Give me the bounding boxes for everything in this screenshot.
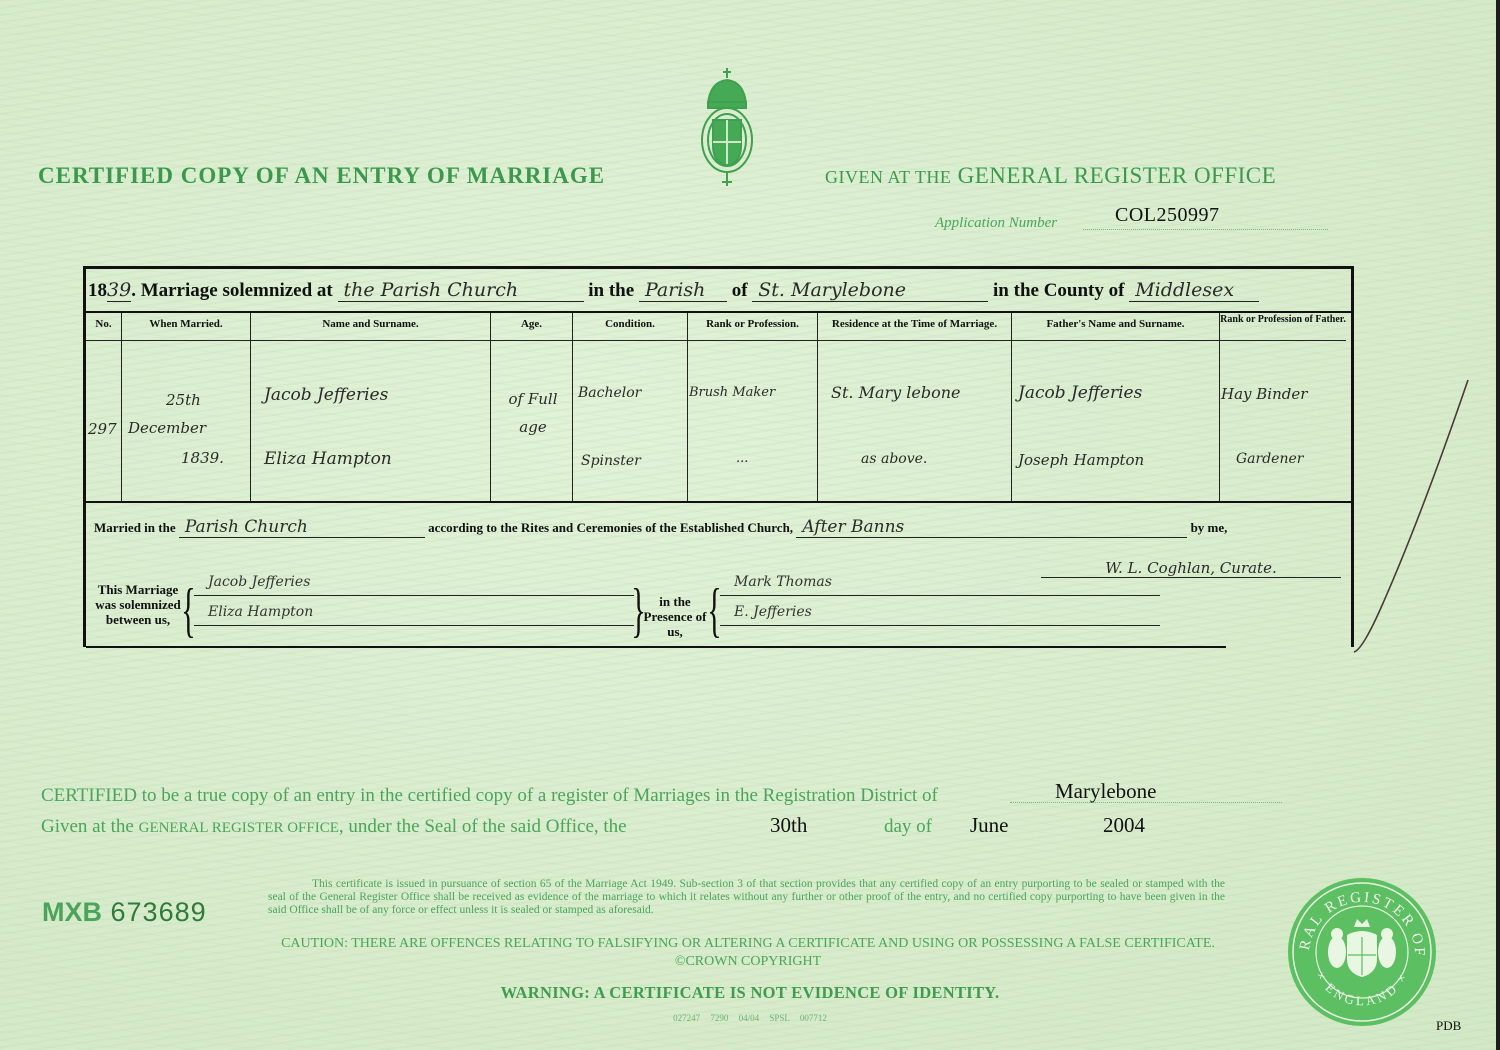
column-father-profession: Rank or Profession of Father.: [1220, 313, 1346, 503]
column-header: Father's Name and Surname.: [1012, 313, 1219, 341]
column-name: Name and Surname.: [251, 313, 491, 503]
column-residence: Residence at the Time of Marriage.: [818, 313, 1012, 503]
office-title: Given at the GENERAL REGISTER OFFICE: [825, 163, 1276, 189]
bride-profession: ...: [736, 451, 748, 466]
by-me-label: by me,: [1191, 520, 1228, 535]
column-header: Rank or Profession.: [688, 313, 817, 341]
entry-day: 25th: [166, 391, 201, 409]
groom-father-name: Jacob Jefferies: [1018, 383, 1142, 403]
signature-block: This Marriage was solemnized between us,…: [92, 574, 1332, 649]
heading-text: in the: [588, 280, 634, 301]
groom-father-profession: Hay Binder: [1221, 385, 1307, 403]
solemnized-label: This Marriage was solemnized between us,: [92, 582, 184, 627]
bride-condition: Spinster: [581, 453, 641, 469]
day-of-label: day of: [884, 816, 932, 838]
register-entry: 1839. Marriage solemnized at the Parish …: [83, 266, 1354, 647]
bride-name: Eliza Hampton: [264, 449, 392, 469]
certificate-title: CERTIFIED COPY OF AN ENTRY OF MARRIAGE: [38, 163, 605, 189]
column-header: When Married.: [122, 313, 250, 341]
legal-notice: This certificate is issued in pursuance …: [268, 878, 1225, 917]
column-header: Age.: [491, 313, 572, 341]
serial-prefix: MXB: [42, 897, 102, 927]
bride-residence: as above.: [861, 451, 927, 467]
banns-field: After Banns: [796, 517, 1187, 538]
witness-2-signature: E. Jefferies: [720, 604, 1160, 626]
register-heading: 1839. Marriage solemnized at the Parish …: [86, 279, 1351, 302]
gro-seal-icon: GENERAL REGISTER OFFICE × ENGLAND ×: [1287, 877, 1437, 1027]
age: of Full age: [498, 385, 568, 441]
column-condition: Condition.: [573, 313, 688, 503]
groom-name: Jacob Jefferies: [264, 385, 388, 405]
rites-text: according to the Rites and Ceremonies of…: [428, 520, 793, 535]
divider: [86, 501, 1351, 503]
heading-text: . Marriage solemnized at: [131, 280, 333, 301]
given-at-suffix: , under the Seal of the said Office, the: [339, 816, 627, 837]
serial-digits: 673689: [111, 897, 207, 927]
print-code: 027247 7290 04/04 SPSL 007712: [270, 1013, 1230, 1023]
divider: [86, 646, 1226, 648]
column-header: Residence at the Time of Marriage.: [818, 313, 1011, 341]
married-in-field: Parish Church: [179, 517, 425, 538]
groom-residence: St. Mary lebone: [831, 383, 961, 402]
entry-number: 297: [88, 420, 117, 438]
register-table: No. When Married. Name and Surname. Age.…: [86, 311, 1351, 503]
presence-label: in the Presence of us,: [640, 594, 710, 639]
column-no: No.: [86, 313, 122, 503]
entry-year: 1839.: [181, 449, 224, 467]
bride-father-name: Joseph Hampton: [1018, 451, 1144, 469]
year-prefix: 18: [88, 280, 107, 301]
pen-stroke: [1340, 360, 1470, 660]
witness-1-signature: Mark Thomas: [720, 574, 1160, 596]
serial-number: MXB 673689: [42, 897, 207, 928]
given-at-office: General Register Office: [139, 820, 339, 836]
application-number: COL250997: [1115, 204, 1220, 227]
place-type-field: Parish: [639, 279, 727, 302]
column-header: No.: [86, 313, 121, 341]
heading-text: of: [732, 280, 748, 301]
bride-father-profession: Gardener: [1236, 451, 1303, 467]
groom-condition: Bachelor: [578, 385, 641, 401]
groom-signature: Jacob Jefferies: [194, 574, 634, 596]
registration-district: Marylebone: [1055, 779, 1156, 804]
certification-day: 30th: [770, 813, 807, 838]
married-in-line: Married in the Parish Church according t…: [94, 517, 1227, 538]
application-number-line: [1083, 229, 1328, 230]
married-in-label: Married in the: [94, 520, 176, 535]
certification-year: 2004: [1103, 813, 1145, 838]
heading-text: in the County of: [993, 280, 1124, 301]
parish-field: St. Marylebone: [752, 279, 988, 302]
column-header: Condition.: [573, 313, 687, 341]
column-header: Rank or Profession of Father.: [1220, 313, 1346, 341]
office-title-main: GENERAL REGISTER OFFICE: [958, 163, 1277, 188]
certification-month: June: [970, 813, 1009, 838]
column-profession: Rank or Profession.: [688, 313, 818, 503]
identity-warning: WARNING: A CERTIFICATE IS NOT EVIDENCE O…: [270, 983, 1230, 1003]
county-field: Middlesex: [1129, 279, 1259, 302]
scan-edge: [1496, 0, 1500, 1050]
groom-profession: Brush Maker: [689, 385, 775, 400]
bride-signature: Eliza Hampton: [194, 604, 634, 626]
caution-notice: CAUTION: THERE ARE OFFENCES RELATING TO …: [272, 935, 1224, 971]
certification-text: CERTIFIED to be a true copy of an entry …: [41, 785, 938, 807]
initials: PDB: [1436, 1018, 1461, 1034]
office-title-prefix: Given at the: [825, 167, 951, 187]
place-field: the Parish Church: [338, 279, 584, 302]
column-father-name: Father's Name and Surname.: [1012, 313, 1220, 503]
application-number-label: Application Number: [935, 215, 1057, 232]
year-handwritten: 39: [107, 279, 131, 302]
given-at-text: Given at the General Register Office, un…: [41, 816, 627, 838]
column-header: Name and Surname.: [251, 313, 490, 341]
given-at-prefix: Given at the: [41, 816, 134, 837]
entry-month: December: [128, 419, 206, 437]
royal-crest-icon: [700, 68, 754, 188]
